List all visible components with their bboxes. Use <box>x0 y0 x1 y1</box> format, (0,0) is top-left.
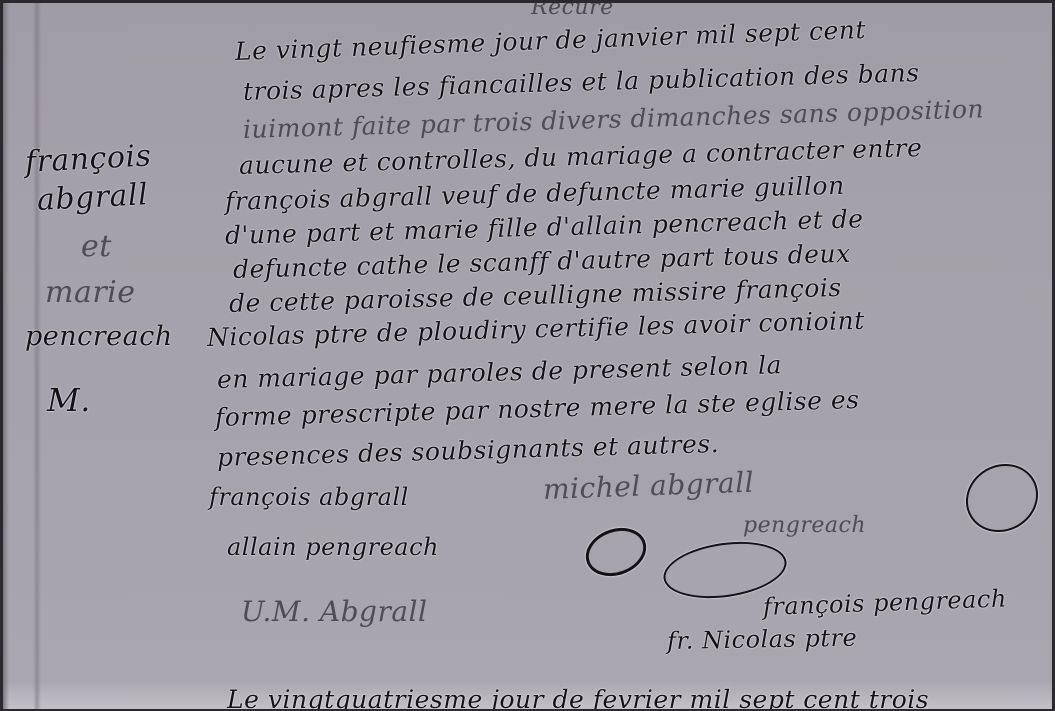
margin-name-line-2: abgrall <box>36 177 149 218</box>
page-fold-line <box>33 3 41 709</box>
signature-flourish-1 <box>579 520 653 584</box>
body-line-10: en mariage par paroles de present selon … <box>217 350 783 394</box>
margin-name-line-6: M. <box>47 381 91 419</box>
signature-francois-abgrall: françois abgrall <box>209 483 409 511</box>
signature-allain-pengreach: allain pengreach <box>227 533 439 561</box>
margin-name-line-1: françois <box>24 138 152 180</box>
margin-name-line-4: marie <box>45 275 136 310</box>
body-line-12: presences des soubsignants et autres. <box>217 429 720 472</box>
signature-pengreach: pengreach <box>743 513 866 538</box>
body-line-11: forme prescripte par nostre mere la ste … <box>215 385 860 432</box>
signature-michel-abgrall: michel abgrall <box>542 466 754 506</box>
page-edge-shadow <box>3 3 9 709</box>
next-entry-fragment: Le vingtquatriesme jour de fevrier mil s… <box>227 685 929 709</box>
signature-flourish-3 <box>953 451 1050 545</box>
margin-name-line-5: pencreach <box>25 321 173 352</box>
signature-nicolas-priest: fr. Nicolas ptre <box>667 624 858 655</box>
signature-francois-pengreach: françois pengreach <box>763 584 1008 620</box>
margin-name-line-3: et <box>81 229 112 264</box>
body-line-1: Le vingt neufiesme jour de janvier mil s… <box>234 15 866 66</box>
signature-um-abgrall: U.M. Abgrall <box>241 595 427 628</box>
header-fragment: Récure <box>531 3 614 20</box>
register-page: Récure françois abgrall et marie pencrea… <box>3 3 1052 709</box>
